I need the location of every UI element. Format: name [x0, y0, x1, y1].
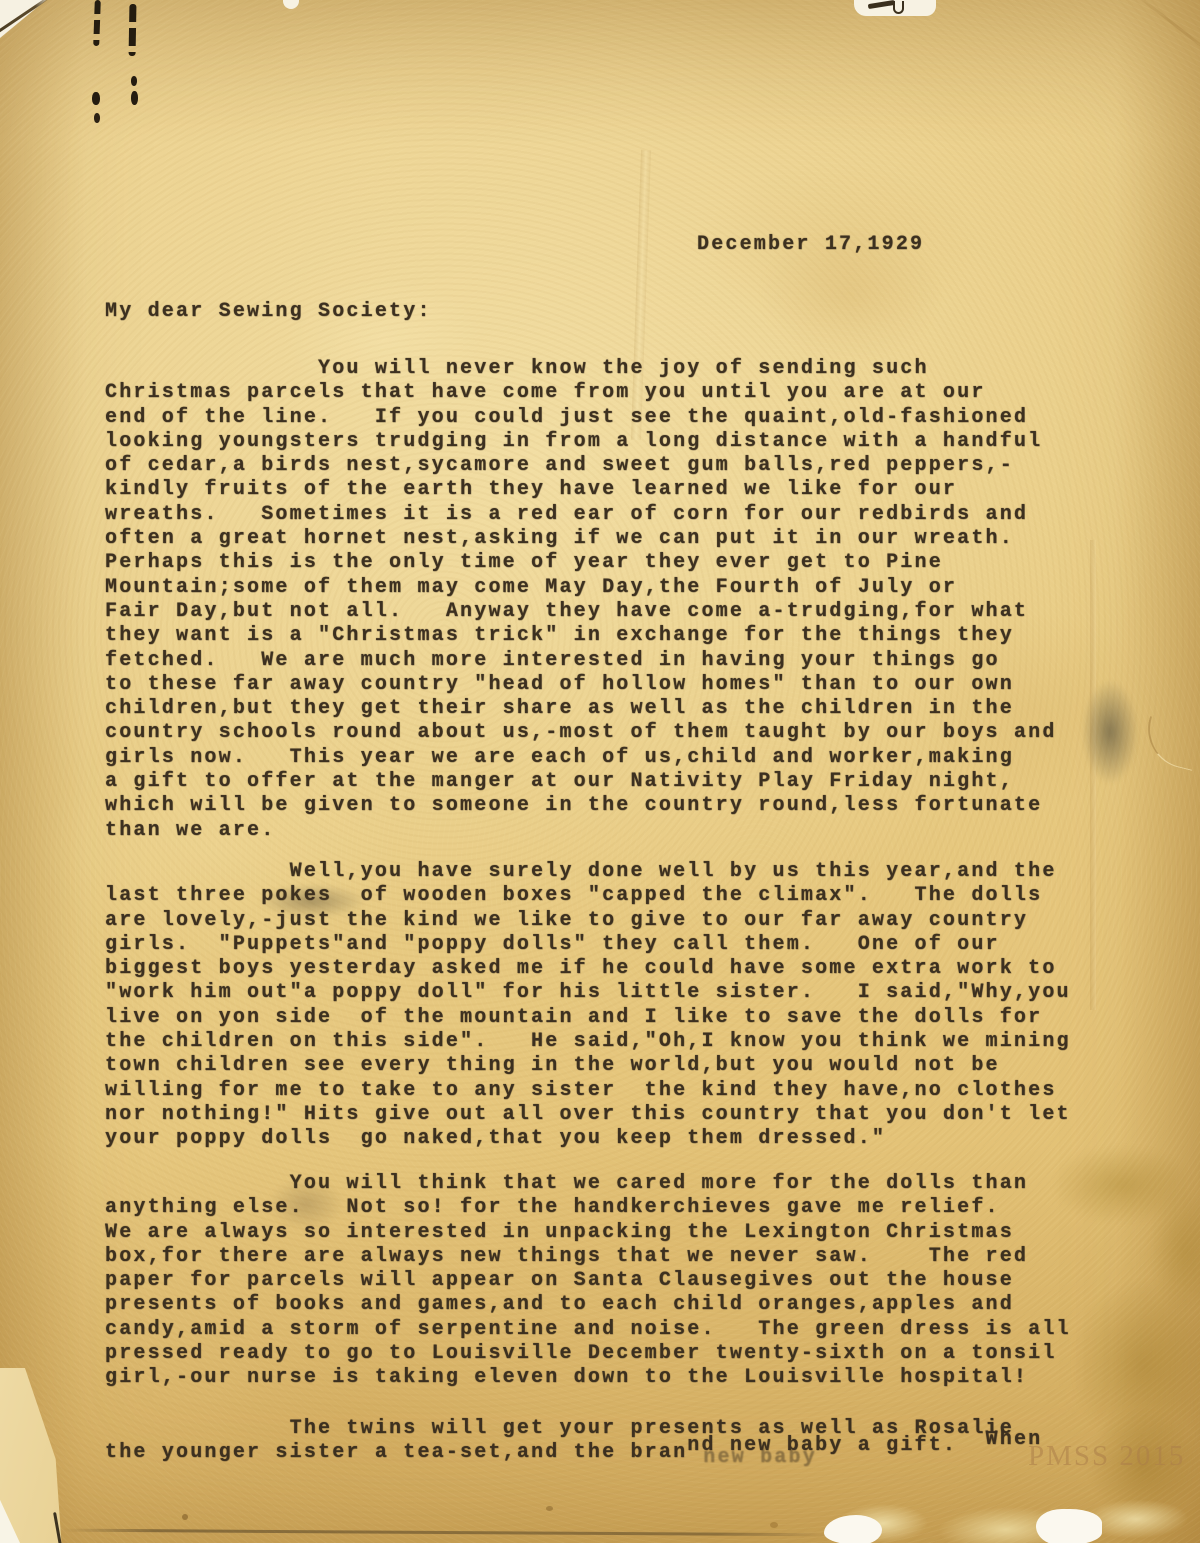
staple-mark	[868, 0, 895, 9]
overtyped-text: new babynd new baby	[687, 1441, 843, 1465]
bottom-tear-hole	[1036, 1509, 1102, 1543]
second-page-fold-line	[53, 1512, 62, 1543]
ink-dot	[92, 92, 100, 105]
ink-mark	[93, 0, 101, 46]
letter-date: December 17,1929	[697, 233, 924, 257]
raised-gift-text: a gift.	[844, 1434, 958, 1457]
letter-paragraph-1: You will never know the joy of sending s…	[105, 357, 1057, 843]
top-edge-notch	[283, 0, 299, 9]
letter-last-line: the younger sister a tea-set,and the bra…	[105, 1441, 1042, 1465]
paper-speck	[770, 1522, 778, 1528]
letter-paragraph-2: Well,you have surely done well by us thi…	[105, 860, 1071, 1152]
bottom-edge-line	[62, 1529, 832, 1537]
staple-wire-mark	[893, 1, 904, 14]
pmss-watermark: PMSS 2015	[1028, 1440, 1185, 1473]
last-line-prefix: the younger sister a tea-set,and the bra…	[105, 1441, 687, 1464]
letter-paragraph-3: You will think that we cared more for th…	[105, 1172, 1071, 1391]
stain	[1150, 1190, 1200, 1310]
stain	[1052, 1146, 1192, 1224]
scanned-letter-page: December 17,1929 My dear Sewing Society:…	[0, 0, 1200, 1543]
letter-salutation: My dear Sewing Society:	[105, 300, 432, 324]
torn-corner-top-left	[0, 0, 46, 38]
paper-wrinkle	[1140, 716, 1200, 771]
raised-overtype: nd new baby	[687, 1434, 843, 1457]
stain	[1072, 1280, 1200, 1450]
paper-crease	[1090, 540, 1096, 1010]
torn-corner-bottom-left	[0, 1494, 50, 1543]
second-page-edge	[0, 1368, 96, 1543]
ink-mark	[129, 4, 137, 56]
corner-crease-line	[0, 0, 53, 34]
staple-tear-patch	[854, 0, 936, 16]
paper-speck	[546, 1506, 553, 1511]
paper-speck	[182, 1514, 188, 1520]
ink-dot	[131, 91, 138, 105]
paper-crease	[1122, 0, 1200, 72]
torn-bottom-edge	[838, 1485, 1200, 1543]
dark-smudge	[1082, 680, 1138, 784]
ink-dot	[94, 113, 100, 123]
bottom-tear-hole	[824, 1515, 882, 1543]
ink-dot	[131, 76, 137, 86]
